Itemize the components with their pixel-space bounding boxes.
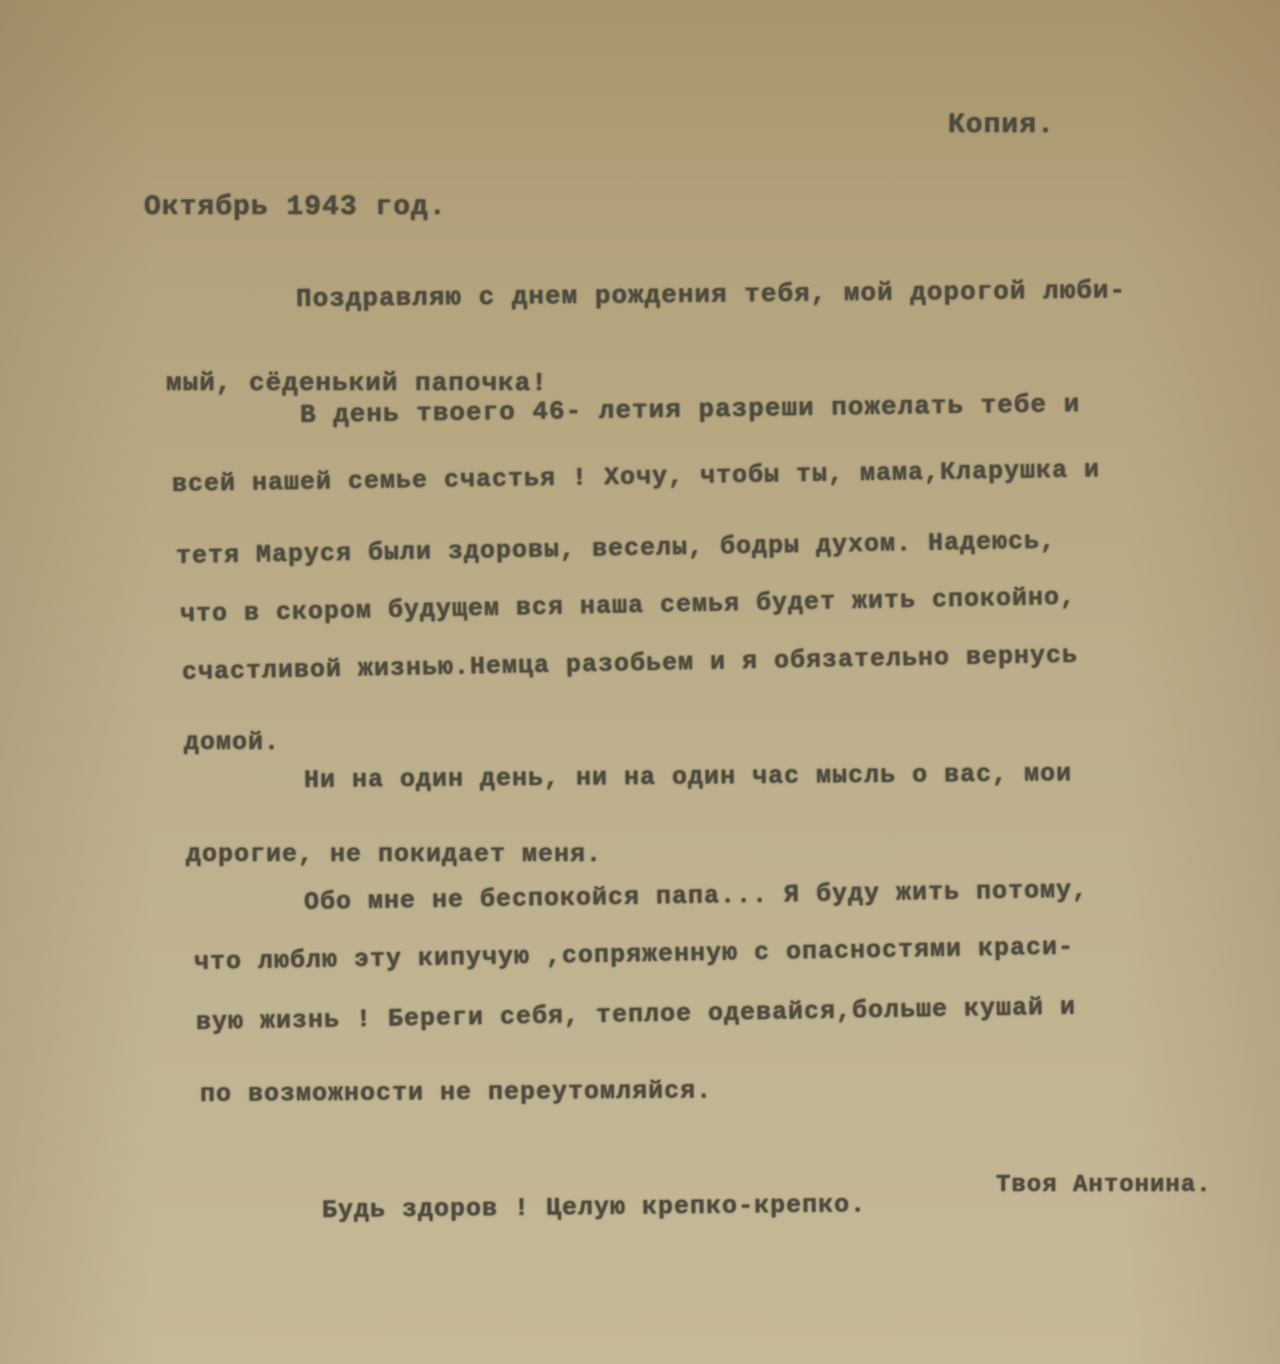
letter-line: по возможности не переутомляйся. [200,1076,712,1109]
letter-line: мый, сёденький папочка! [166,368,548,398]
letter-line: дорогие, не покидает меня. [186,840,602,869]
signature: Твоя Антонина. [996,1172,1212,1199]
copy-label: Копия. [948,110,1055,141]
closing-line: Будь здоров ! Целую крепко-крепко. [322,1190,866,1225]
date-line: Октябрь 1943 год. [144,192,447,223]
letter-line: домой. [184,728,280,757]
